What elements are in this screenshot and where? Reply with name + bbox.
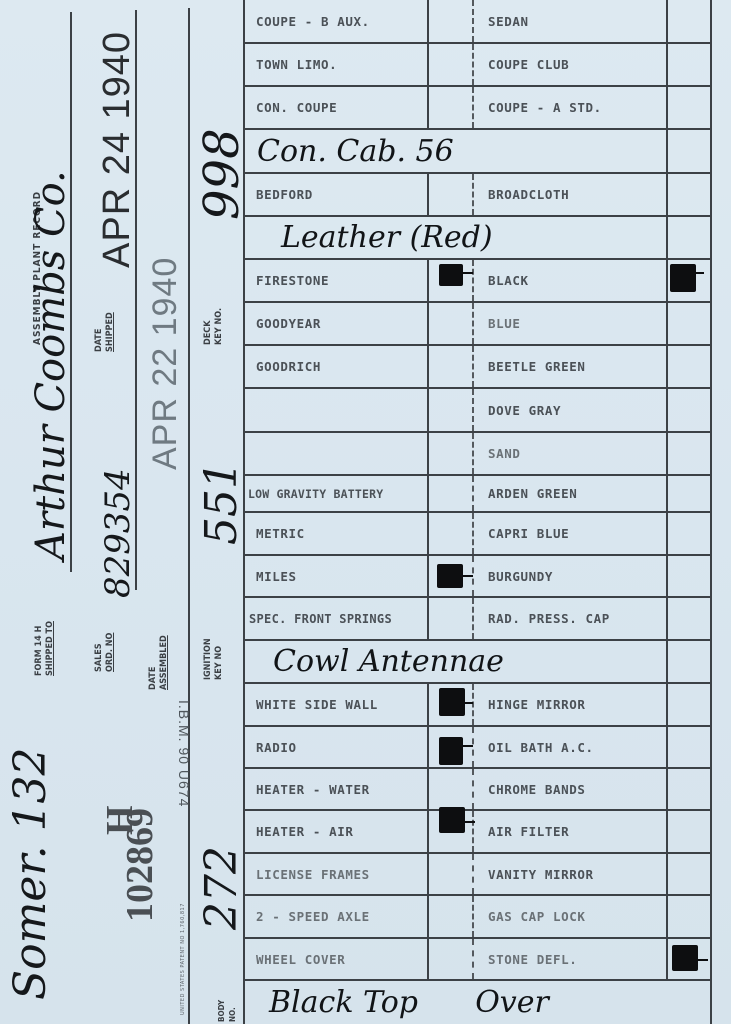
option-bedford: BEDFORD [256, 187, 313, 202]
date-shipped-label: DATE [94, 329, 104, 352]
checklist-row: TOWN LIMO. COUPE CLUB [245, 44, 710, 87]
checkbox-sand[interactable] [668, 433, 710, 474]
checklist-row: LOW GRAVITY BATTERY ARDEN GREEN [245, 476, 710, 513]
rule-date-assembled [188, 8, 190, 1024]
option-gas-cap-lock: GAS CAP LOCK [488, 909, 586, 924]
checklist-row-handwritten: Cowl Antennae [245, 641, 710, 684]
option-beetle-green: BEETLE GREEN [488, 359, 586, 374]
sales-ord-label: SALES [94, 643, 104, 672]
checklist-row: METRIC CAPRI BLUE [245, 513, 710, 556]
checklist-row: DOVE GRAY [245, 389, 710, 433]
checkbox-license-frames[interactable] [429, 854, 474, 894]
shipped-to-label: SHIPPED TO [45, 621, 55, 676]
checkbox-beetle-green[interactable] [668, 346, 710, 387]
checkbox-cowl-antennae[interactable] [668, 641, 710, 682]
check-mark-tail [696, 272, 704, 274]
checklist-row: 2 - SPEED AXLE GAS CAP LOCK [245, 896, 710, 939]
checkbox-blue[interactable] [668, 303, 710, 344]
option-metric: METRIC [256, 526, 305, 541]
sales-ord-label-2: ORD. NO [105, 633, 115, 672]
option-goodyear: GOODYEAR [256, 316, 321, 331]
body-no-label-2: NO. [228, 1007, 238, 1022]
date-assembled-value: APR 22 1940 [146, 257, 185, 470]
checklist-row: WHITE SIDE WALL HINGE MIRROR [245, 684, 710, 727]
form-number-label: FORM 14 H [34, 626, 44, 676]
assembly-plant-record-card: FORM 14 H SHIPPED TO ASSEMBLY PLANT RECO… [0, 0, 731, 1024]
checklist-row: SAND [245, 433, 710, 476]
option-blue: BLUE [488, 316, 521, 331]
checkbox-coupe-club[interactable] [668, 44, 710, 85]
check-mark-icon [670, 264, 696, 292]
option-con-coupe: CON. COUPE [256, 100, 337, 115]
option-firestone: FIRESTONE [256, 273, 329, 288]
option-coupe-a-std: COUPE - A STD. [488, 100, 602, 115]
date-assembled-label-2: ASSEMBLED [159, 635, 169, 690]
option-radio: RADIO [256, 740, 297, 755]
check-mark-tail [463, 745, 473, 747]
checkbox-2-speed-axle[interactable] [429, 896, 474, 937]
checklist-row: BEDFORD BROADCLOTH [245, 174, 710, 217]
option-town-limo: TOWN LIMO. [256, 57, 337, 72]
checklist-row: LICENSE FRAMES VANITY MIRROR [245, 854, 710, 896]
checkbox-town-limo[interactable] [429, 44, 474, 85]
checkbox-air-filter[interactable] [668, 811, 710, 852]
check-mark-icon [672, 945, 698, 971]
checkbox-con-coupe[interactable] [429, 87, 474, 128]
option-broadcloth: BROADCLOTH [488, 187, 569, 202]
option-air-filter: AIR FILTER [488, 824, 569, 839]
checkbox-rad-press-cap[interactable] [668, 598, 710, 639]
checklist-row: GOODYEAR BLUE [245, 303, 710, 346]
option-vanity-mirror: VANITY MIRROR [488, 867, 594, 882]
handwritten-cowl-antennae: Cowl Antennae [273, 644, 504, 679]
check-mark-tail [465, 702, 473, 704]
ignition-key-value: 551 [196, 461, 247, 545]
option-rad-press-cap: RAD. PRESS. CAP [488, 611, 610, 626]
deck-key-label: DECK [203, 321, 213, 345]
date-shipped-label-2: SHIPPED [105, 312, 115, 352]
record-header-strip: FORM 14 H SHIPPED TO ASSEMBLY PLANT RECO… [0, 0, 244, 1024]
option-low-gravity-battery: LOW GRAVITY BATTERY [248, 487, 383, 501]
option-capri-blue: CAPRI BLUE [488, 526, 569, 541]
option-heater-water: HEATER - WATER [256, 782, 370, 797]
checkbox-blank-2[interactable] [429, 433, 474, 474]
option-spec-front-springs: SPEC. FRONT SPRINGS [249, 612, 392, 626]
checkbox-wheel-cover[interactable] [429, 939, 474, 979]
serial-number: 102869 [118, 808, 162, 922]
checkbox-coupe-a-std[interactable] [668, 87, 710, 128]
option-heater-air: HEATER - AIR [256, 824, 354, 839]
checkbox-blank-1[interactable] [429, 389, 474, 431]
handwritten-note: Somer. 132 [5, 747, 56, 1000]
option-dove-gray: DOVE GRAY [488, 403, 561, 418]
checkbox-heater-water[interactable] [429, 769, 474, 809]
checkbox-upholstery[interactable] [668, 217, 710, 258]
checkbox-miles[interactable] [429, 556, 474, 596]
checklist-row-handwritten: Leather (Red) [245, 217, 710, 260]
checklist-row: GOODRICH BEETLE GREEN [245, 346, 710, 389]
checklist-row: RADIO OIL BATH A.C. [245, 727, 710, 769]
deck-key-label-2: KEY NO. [214, 308, 224, 345]
checkbox-bedford[interactable] [429, 174, 474, 215]
checkbox-goodyear[interactable] [429, 303, 474, 344]
option-license-frames: LICENSE FRAMES [256, 867, 370, 882]
checkbox-low-gravity-battery[interactable] [429, 476, 474, 511]
option-coupe-b-aux: COUPE - B AUX. [256, 14, 370, 29]
check-mark-tail [698, 959, 708, 961]
checkbox-sedan[interactable] [668, 0, 710, 42]
checklist-row: COUPE - B AUX. SEDAN [245, 0, 710, 44]
checkbox-white-side-wall[interactable] [429, 684, 474, 725]
options-checklist: COUPE - B AUX. SEDAN TOWN LIMO. COUPE CL… [243, 0, 712, 1024]
checkbox-spec-front-springs[interactable] [429, 598, 474, 639]
checkbox-heater-air[interactable] [429, 811, 474, 852]
sales-ord-value: 829354 [98, 468, 138, 598]
check-mark-tail [463, 272, 473, 274]
checkbox-black[interactable] [668, 260, 710, 301]
checkbox-gas-cap-lock[interactable] [668, 896, 710, 937]
checkbox-goodrich[interactable] [429, 346, 474, 387]
checklist-row: SPEC. FRONT SPRINGS RAD. PRESS. CAP [245, 598, 710, 641]
checkbox-vanity-mirror[interactable] [668, 854, 710, 894]
checkbox-dove-gray[interactable] [668, 389, 710, 431]
option-sand: SAND [488, 446, 521, 461]
check-mark-icon [439, 688, 465, 716]
check-mark-icon [437, 564, 463, 588]
ibm-code: I.B.M. 90 U674 [176, 700, 192, 807]
ignition-key-label-2: KEY NO [214, 646, 224, 680]
handwritten-body-style: Con. Cab. 56 [257, 134, 454, 169]
option-stone-defl: STONE DEFL. [488, 952, 577, 967]
check-mark-icon [439, 264, 463, 286]
checkbox-capri-blue[interactable] [668, 513, 710, 554]
checkbox-metric[interactable] [429, 513, 474, 554]
checkbox-body-style[interactable] [668, 130, 710, 172]
patent-text: UNITED STATES PATENT NO 1,760,817 [180, 903, 186, 1015]
option-miles: MILES [256, 569, 297, 584]
shipped-to-value: Arthur Coombs Co. [28, 170, 74, 560]
handwritten-upholstery: Leather (Red) [281, 220, 493, 255]
deck-key-value: 998 [194, 128, 250, 220]
handwritten-top-note: Black Top Over [269, 985, 549, 1020]
option-2-speed-axle: 2 - SPEED AXLE [256, 909, 370, 924]
option-hinge-mirror: HINGE MIRROR [488, 697, 586, 712]
checkbox-arden-green[interactable] [668, 476, 710, 511]
checkbox-chrome-bands[interactable] [668, 769, 710, 809]
checklist-row: MILES BURGUNDY [245, 556, 710, 598]
checklist-row: WHEEL COVER STONE DEFL. [245, 939, 710, 981]
checkbox-radio[interactable] [429, 727, 474, 767]
body-no-label: BODY [217, 1000, 227, 1022]
checkbox-firestone[interactable] [429, 260, 474, 301]
checkbox-stone-defl[interactable] [668, 939, 710, 979]
ignition-key-label: IGNITION [203, 638, 213, 680]
checklist-row-handwritten: Black Top Over [245, 981, 710, 1024]
checklist-row: CON. COUPE COUPE - A STD. [245, 87, 710, 130]
option-white-side-wall: WHITE SIDE WALL [256, 697, 378, 712]
checklist-row: HEATER - AIR AIR FILTER [245, 811, 710, 854]
option-sedan: SEDAN [488, 14, 529, 29]
checkbox-coupe-b-aux[interactable] [429, 0, 474, 42]
checkbox-oil-bath-ac[interactable] [668, 727, 710, 767]
body-no-value: 272 [196, 846, 247, 930]
option-chrome-bands: CHROME BANDS [488, 782, 586, 797]
date-assembled-label: DATE [148, 667, 158, 690]
option-wheel-cover: WHEEL COVER [256, 952, 345, 967]
checkbox-hinge-mirror[interactable] [668, 684, 710, 725]
checkbox-broadcloth[interactable] [668, 174, 710, 215]
option-black: BLACK [488, 273, 529, 288]
checklist-row: HEATER - WATER CHROME BANDS [245, 769, 710, 811]
checkbox-burgundy[interactable] [668, 556, 710, 596]
option-goodrich: GOODRICH [256, 359, 321, 374]
check-mark-icon [439, 737, 463, 765]
checklist-row: FIRESTONE BLACK [245, 260, 710, 303]
check-mark-tail [463, 575, 473, 577]
option-burgundy: BURGUNDY [488, 569, 553, 584]
option-arden-green: ARDEN GREEN [488, 486, 577, 501]
option-oil-bath-ac: OIL BATH A.C. [488, 740, 594, 755]
option-coupe-club: COUPE CLUB [488, 57, 569, 72]
date-shipped-value: APR 24 1940 [96, 31, 139, 268]
check-mark-icon [439, 807, 465, 833]
checklist-row-handwritten: Con. Cab. 56 [245, 130, 710, 174]
